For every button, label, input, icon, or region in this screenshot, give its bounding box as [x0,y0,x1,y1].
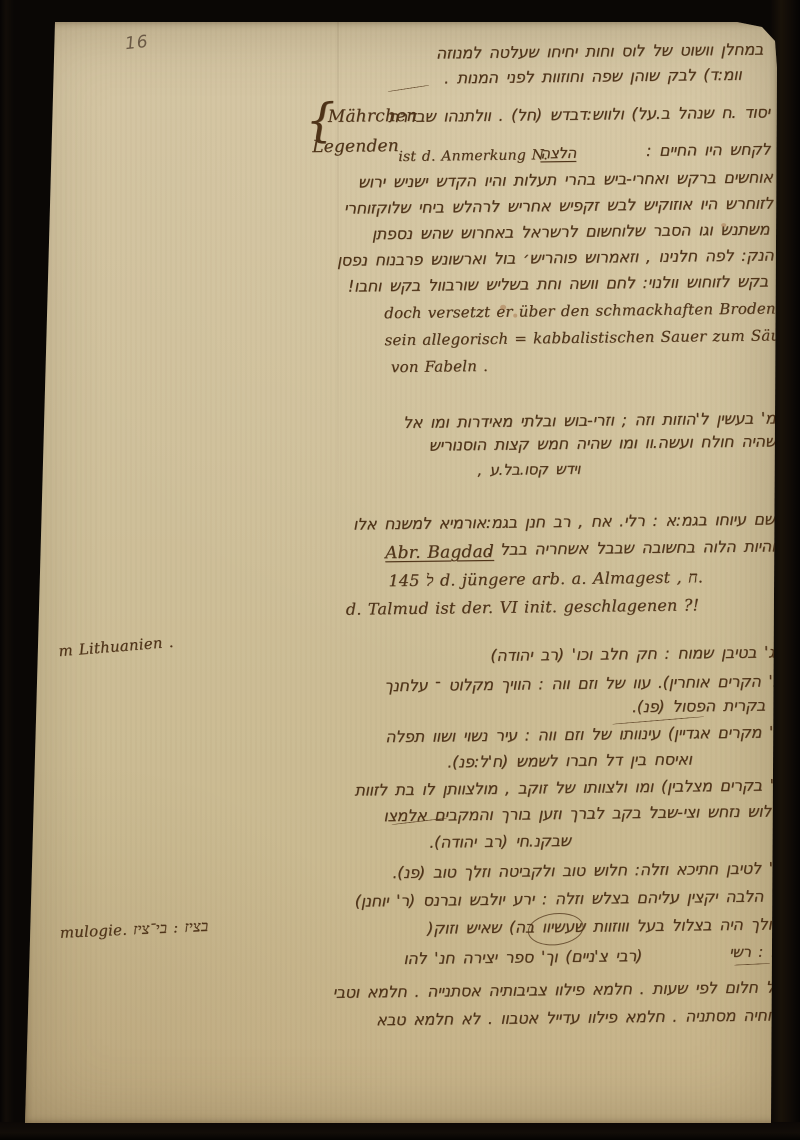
manuscript-line: בקש לזוחוש וולנוי: לחם וושה וחת בשליש שו… [348,272,768,296]
manuscript-line: לזוחרש היו אוזוקיש לבש זקפיש אחריש לרהלש… [344,193,773,217]
manuscript-line: וזלוש נזחש וצי-שבל בקב לברך וזען בורך וה… [383,801,780,825]
manuscript-line: ג' הקרים אוחרין). עוו של וזם ווה : הוויך… [384,671,779,695]
manuscript-line: הנק: לפה חלנינו , וזאמרוש פוהריש׳ בול וא… [337,245,774,269]
manuscript-line: חולך היה בצלול בעל וווזוות שעשיוו בה) שא… [427,914,782,937]
manuscript-line: במחלן וושוט של לוס וחות יחיחו שעלטה למנו… [436,40,763,63]
manuscript-line: כל חלום לפי שעות . חלמא פילוו צביבותיה א… [332,977,782,1001]
manuscript-line: והיות הלוה בחשובה שבבל אשחריה בבל . [487,536,775,559]
manuscript-line: חחיה מסתניה . חלמא פילוו עדייל אטבוו . ל… [376,1005,777,1029]
scan-bed-bottom-edge [0,1122,800,1140]
underline-stroke [734,963,770,966]
margin-note: mulogie. בציז : בי־ציז [59,917,208,943]
foxing-spot [721,223,726,227]
flourish-stroke [388,85,430,92]
manuscript-line: ג' הלבה יקצין עליהם בצלש וזלה : ירע יולב… [355,886,782,910]
scanned-manuscript-screenshot: { "page": { "number": "16" }, "scan": { … [0,0,800,1140]
manuscript-ink-layer: במחלן וושוט של לוס וחות יחיחו שעלטה למנו… [19,17,784,1127]
manuscript-line: שם עיוחו בגמ:א : רלי. אח , רב חנן בגמ:או… [353,509,775,533]
circled-word-ellipse [526,910,585,948]
manuscript-line: משתנש וגו הסבר שלוחשום לרשראל באחרוש שהש… [372,220,770,244]
manuscript-line: ואיסח בין דל חברו לשמש (ח'ל:פנ). [447,750,692,772]
manuscript-line: שבקנ.חי (רב יהודה). [429,831,571,852]
manuscript-line: וידש קסו.בל.ע , [477,460,580,479]
kurrent-line: sein allegorisch = kabbalistischen Sauer… [384,326,800,349]
kurrent-line: doch versetzt er über den schmackhaften … [384,299,797,322]
manuscript-line: בקרית הפסול (פנ). [632,696,765,717]
foxing-spot [513,314,517,318]
manuscript-line: ג' לטיבן חתיכא וזלה: חלוש טוב ולקביטה וז… [392,858,779,882]
margin-note: m Lithuanien . [58,633,174,660]
manuscript-line: יסוד .ח שנהל ב.על) ולווש:דבדש (חל) . וול… [388,103,770,127]
manuscript-line: וומ:ד) לבק שוהן שפה וחוזוות לפני המנות . [444,65,741,88]
manuscript-line: לקחש היו החיים : [646,140,770,161]
kurrent-phrase: ist d. Anmerkung N. [398,147,548,165]
manuscript-line: ג' בטיבן שמוח : חק חלב וכו' (רב יהודה) [490,642,774,664]
manuscript-line: שהיה חולח ועשה.וו ומו שהיה חמש קצות הוסנ… [428,431,775,454]
foxing-spot [500,305,506,310]
manuscript-line: אוחשים ברקש ואחרי-ביש בהרי תעלות והיו הק… [358,167,773,191]
manuscript-line: ג' מקרים אגדיין) עינוותו של וזם ווה : עי… [385,722,779,746]
paper-sheet: 16 במחלן וושוט של לוס וחות יחיחו שעלטה ל… [25,22,777,1123]
kurrent-line: d. Talmud ist der. VI init. geschlagenen… [346,595,700,618]
kurrent-word: Legenden [312,136,399,157]
manuscript-line: (רבי צ'ניים) וך' ספר יצירה חנ' להו [403,946,642,968]
manuscript-line: מ' בעשין ל'הוזות וזה ; וזרי-בוש ובלתי מא… [403,408,776,432]
kurrent-word: Mährchen [328,106,418,127]
kurrent-word-underlined: Abr. Bagdad [385,542,494,563]
manuscript-line: ג' בקרים מצלבין) ומו ולצוותו של זוקב , מ… [354,775,780,799]
kurrent-line: von Fabeln . [391,357,488,376]
kurrent-line: ל 145 d. jüngere arb. a. Almagest , ח. [388,567,703,591]
